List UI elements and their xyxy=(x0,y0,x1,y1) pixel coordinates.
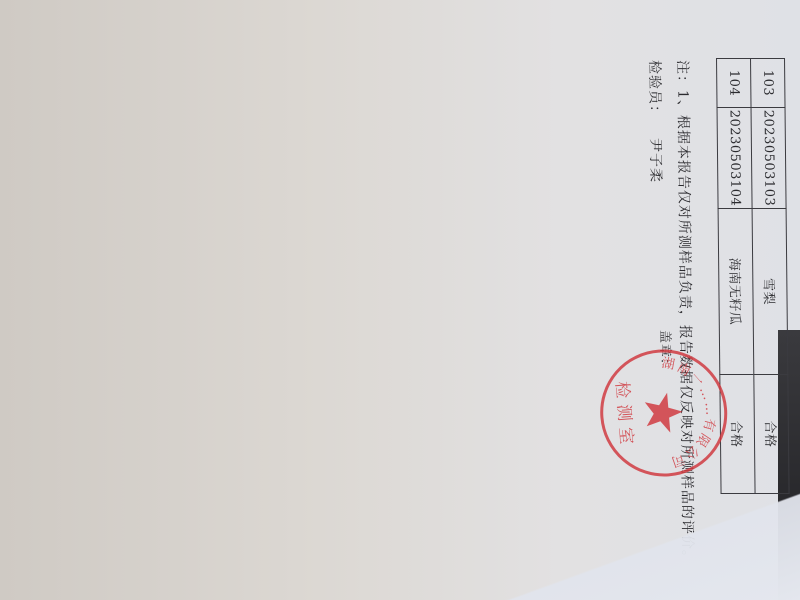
cell-no: 104 xyxy=(717,59,752,108)
inspector-name: 尹子柔 xyxy=(647,138,663,183)
star-icon xyxy=(644,392,684,434)
report-note: 注：1、根据本报告仅对所测样品负责，报告数据仅反映对所测样品的评价。 xyxy=(673,60,698,565)
inspector-label: 检验员： xyxy=(646,60,663,120)
cell-sample-id: 20230503103 xyxy=(751,108,786,209)
red-seal-stamp: 湖南一……有限公司 检测室 xyxy=(592,341,736,484)
cell-sample-name: 雪梨 xyxy=(752,209,788,375)
table-row: 103 20230503103 雪梨 合格 xyxy=(751,59,790,494)
cell-result: 合格 xyxy=(754,375,789,494)
inspector-line: 检验员：尹子柔 xyxy=(645,60,666,183)
seal-center-text: 检测室 xyxy=(611,381,636,451)
document-page: 103 20230503103 雪梨 合格 104 20230503104 海南… xyxy=(605,58,791,598)
cell-sample-id: 20230503104 xyxy=(717,108,752,209)
cell-no: 103 xyxy=(751,59,786,108)
seal-graphic: 湖南一……有限公司 检测室 xyxy=(592,341,736,484)
photo-background: 103 20230503103 雪梨 合格 104 20230503104 海南… xyxy=(0,0,800,600)
